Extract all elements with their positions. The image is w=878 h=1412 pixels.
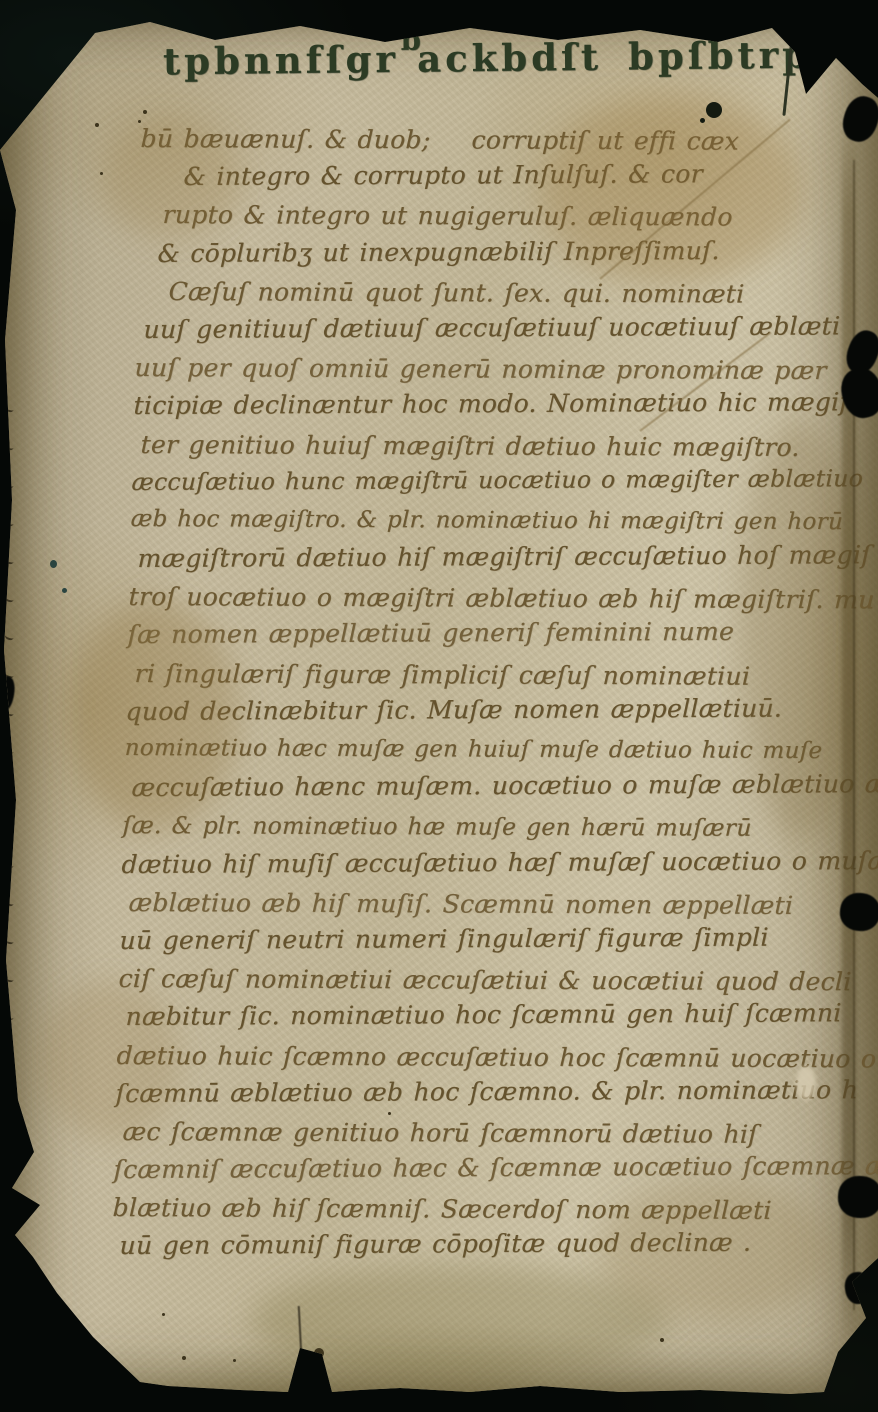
margin-prick-mark — [4, 632, 15, 641]
margin-prick-mark — [4, 1012, 15, 1021]
ink-speck — [138, 120, 141, 123]
margin-prick-mark — [4, 518, 15, 527]
text-line: æccuſætiuo hænc muſæm. uocætiuo o muſæ æ… — [131, 770, 836, 812]
margin-prick-mark — [4, 708, 15, 717]
ink-speck — [162, 1313, 165, 1316]
margin-prick-mark — [4, 746, 15, 755]
text-line: dætiuo hiſ muſiſ æccuſætiuo hæſ muſæſ uo… — [121, 846, 834, 888]
header-inscription: tpbnnfſgrbackbdſtbpſbtrp — [163, 33, 812, 84]
text-line: æccuſætiuo hunc mægiſtrū uocætiuo o mægi… — [131, 464, 844, 506]
header-superscript-b: b — [400, 23, 425, 57]
margin-prick-mark — [4, 594, 15, 603]
text-line: ſcæmnū æblætiuo æb hoc ſcæmno. & plr. no… — [115, 1075, 828, 1117]
text-line: & integro & corrupto ut Inſulſuſ. & cor — [183, 159, 852, 201]
text-line: uū gen cōmuniſ figuræ cōpoſitæ quod decl… — [119, 1228, 824, 1270]
stain — [250, 1265, 670, 1375]
margin-prick-mark — [4, 822, 15, 831]
margin-prick-mark — [4, 784, 15, 793]
parchment-crack — [298, 1306, 303, 1354]
text-line: quod declinæbitur ſic. Muſæ nomen æppell… — [125, 693, 838, 735]
text-line: mægiſtrorū dætiuo hiſ mægiſtriſ æccuſæti… — [137, 540, 842, 582]
margin-prick-mark — [4, 480, 15, 489]
ink-speck — [143, 110, 147, 114]
ink-speck — [233, 1359, 236, 1362]
margin-prick-mark — [4, 556, 15, 565]
margin-prick-mark — [4, 898, 15, 907]
margin-prick-mark — [4, 442, 15, 451]
margin-prick-mark — [4, 936, 15, 945]
header-inscription-left: tpbnnfſgr — [163, 37, 399, 83]
text-line: ſæ nomen æppellætiuū generiſ feminini nu… — [127, 617, 840, 659]
text-line: uuſ genitiuuſ dætiuuſ æccuſætiuuſ uocæti… — [143, 311, 848, 353]
ink-speck — [182, 1356, 186, 1360]
edge-tear-hole — [0, 675, 17, 714]
margin-prick-mark — [4, 974, 15, 983]
margin-prick-mark — [4, 860, 15, 869]
header-inscription-middle: ackbdſt — [417, 35, 602, 81]
ink-speck — [660, 1338, 664, 1342]
margin-prick-mark — [4, 404, 15, 413]
text-line: ſcæmniſ æccuſætiuo hæc & ſcæmnæ uocætiuo… — [113, 1151, 826, 1193]
ink-speck — [314, 1348, 324, 1358]
ink-speck — [388, 1112, 391, 1115]
light-spot — [796, 1066, 816, 1100]
gutter-fold-line — [853, 160, 855, 1310]
parchment-page: tpbnnfſgrbackbdſtbpſbtrp bū bæuænuſ. & d… — [0, 0, 878, 1412]
ink-speck — [100, 172, 103, 175]
text-block: bū bæuænuſ. & duob; corruptiſ ut effi cæ… — [111, 124, 853, 1270]
text-line: næbitur ſic. nominætiuo hoc ſcæmnū gen h… — [125, 999, 830, 1041]
margin-prick-mark — [4, 1050, 15, 1059]
text-line: ticipiæ declinæntur hoc modo. Nominætiuo… — [133, 388, 846, 430]
text-line: uū generiſ neutri numeri ſingulæriſ figu… — [119, 922, 832, 964]
ink-blot — [700, 118, 705, 123]
ink-blot — [706, 102, 722, 118]
margin-prick-mark — [4, 1088, 15, 1097]
ink-speck — [95, 123, 99, 127]
header-inscription-right: bpſbtrp — [628, 33, 812, 79]
ink-speck-green — [62, 588, 67, 593]
text-line: & cōpluribʒ ut inexpugnæbiliſ Inpreſſimu… — [157, 235, 850, 277]
ink-speck-green — [50, 560, 57, 568]
manuscript-photo: tpbnnfſgrbackbdſtbpſbtrp bū bæuænuſ. & d… — [0, 0, 878, 1412]
